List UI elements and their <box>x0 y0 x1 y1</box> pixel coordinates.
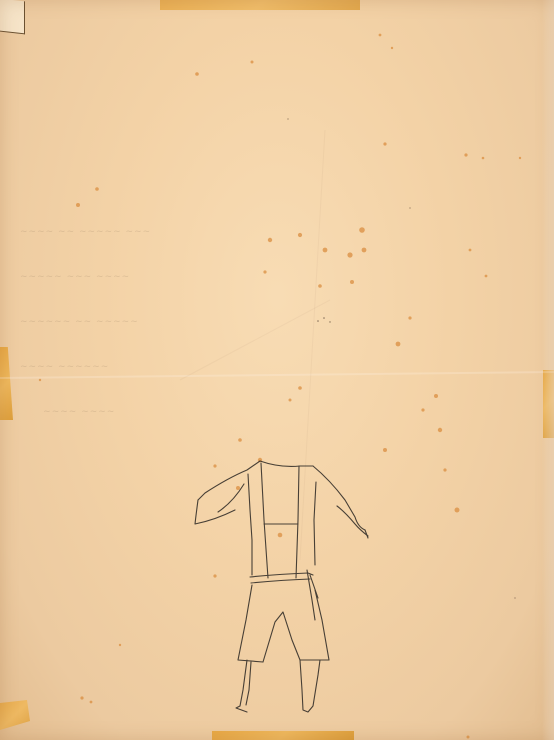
aged-paper: ~~~~ ~~ ~~~~~ ~~~ ~~~~~ ~~~ ~~~~ ~~~~~~ … <box>0 0 554 740</box>
pencil-figure-drawing <box>0 0 554 740</box>
